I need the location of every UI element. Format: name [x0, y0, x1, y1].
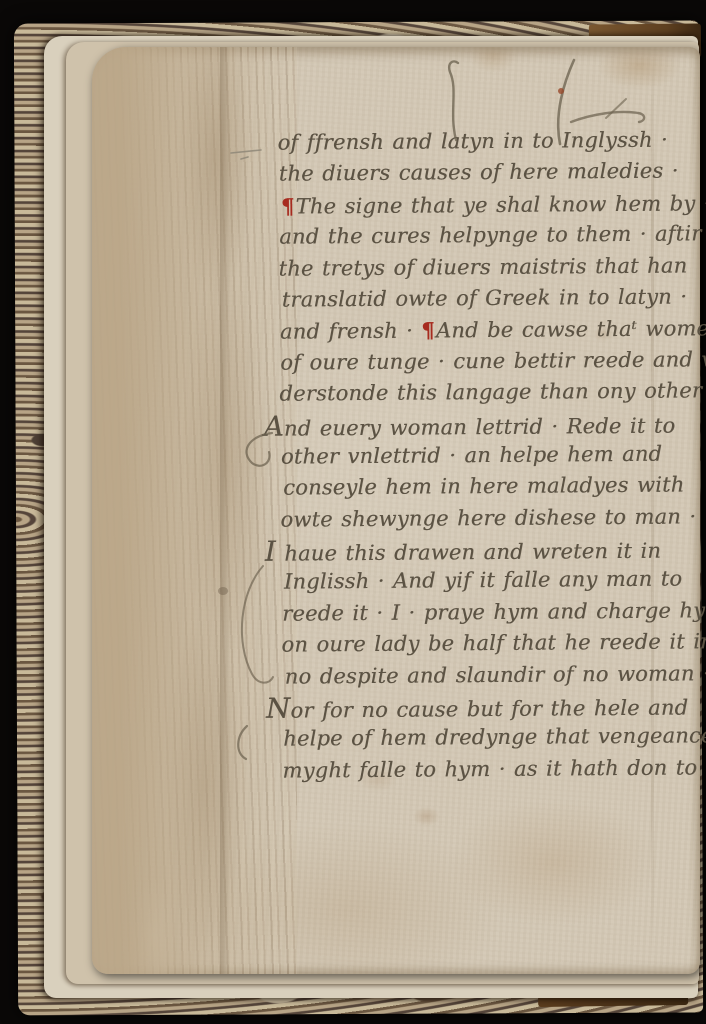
text-segment: And euery woman lettrid · Rede it to [264, 413, 676, 440]
text-line: conseyle hem in here maladyes with [283, 470, 705, 505]
text-segment: and the cures helpynge to them · aftir [279, 222, 701, 249]
text-segment: helpe of hem dredynge that vengeance [283, 724, 706, 751]
fore-edge-texture [92, 47, 297, 974]
text-line: of ffrensh and latyn in to Inglyssh · [277, 124, 702, 159]
photo-background: of ffrensh and latyn in to Inglyssh ·the… [0, 0, 706, 1024]
text-line: on oure lady be half that he reede it in [281, 627, 706, 662]
text-line: Inglissh · And yif it falle any man to [284, 564, 706, 599]
flourished-initial: I [265, 535, 276, 568]
text-segment: other vnlettrid · an helpe hem and [281, 442, 662, 469]
text-segment: translatid owte of Greek in to latyn · [282, 284, 688, 311]
manuscript-text: of ffrensh and latyn in to Inglyssh ·the… [278, 124, 706, 787]
text-segment: Nor for no cause but for the hele and [266, 696, 688, 723]
text-segment: on oure lady be half that he reede it in [281, 630, 706, 657]
text-line: the diuers causes of here maledies · [279, 156, 703, 191]
text-line: helpe of hem dredynge that vengeance [283, 721, 706, 756]
text-segment: owte shewynge here dishese to man · [280, 504, 696, 531]
text-segment: no despite and slaundir of no woman · [285, 661, 706, 688]
text-line: derstonde this langage than ony other [279, 375, 704, 410]
text-line: of oure tunge · cune bettir reede and vn [280, 344, 704, 379]
flourished-initial: N [266, 692, 291, 725]
text-line: other vnlettrid · an helpe hem and [281, 438, 705, 473]
flourished-initial: A [264, 409, 284, 442]
text-line: translatid owte of Greek in to latyn · [282, 281, 704, 316]
gutter-shadow [220, 47, 230, 974]
rubric-pilcrow: ¶ [281, 193, 296, 218]
text-line: the tretys of diuers maistris that han [278, 250, 703, 285]
text-segment: of ffrensh and latyn in to Inglyssh · [277, 128, 668, 155]
text-segment: the tretys of diuers maistris that han [278, 253, 687, 280]
text-segment: Inglissh · And yif it falle any man to [284, 567, 682, 594]
text-segment: derstonde this langage than ony other [279, 378, 702, 405]
text-segment: and frensh · [280, 319, 422, 344]
text-line: myght falle to hym · as it hath don to [282, 752, 706, 787]
text-segment: And be cawse thaᵗ women [436, 317, 706, 343]
text-line: and the cures helpynge to them · aftir [279, 219, 703, 254]
rubric-pilcrow: ¶ [421, 318, 436, 343]
text-segment: reede it · I · praye hym and charge hym … [282, 598, 706, 626]
text-line: reede it · I · praye hym and charge hym … [282, 595, 706, 630]
text-line: and frensh · ¶And be cawse thaᵗ women [280, 313, 704, 348]
text-segment: I haue this drawen and wreten it in [265, 539, 661, 566]
text-line: ¶The signe that ye shal know hem by · [281, 187, 703, 222]
text-segment: The signe that ye shal know hem by · [296, 191, 706, 218]
text-segment: conseyle hem in here maladyes with [283, 473, 684, 500]
text-segment: myght falle to hym · as it hath don to [282, 755, 697, 782]
text-line: And euery woman lettrid · Rede it to [264, 407, 705, 442]
text-segment: the diuers causes of here maledies · [279, 159, 679, 186]
text-segment: of oure tunge · cune bettir reede and vn [280, 347, 706, 375]
text-line: owte shewynge here dishese to man · [280, 501, 705, 536]
text-line: no despite and slaundir of no woman · [285, 658, 706, 693]
text-line: Nor for no cause but for the hele and [266, 689, 706, 724]
text-line: I haue this drawen and wreten it in [265, 532, 706, 567]
